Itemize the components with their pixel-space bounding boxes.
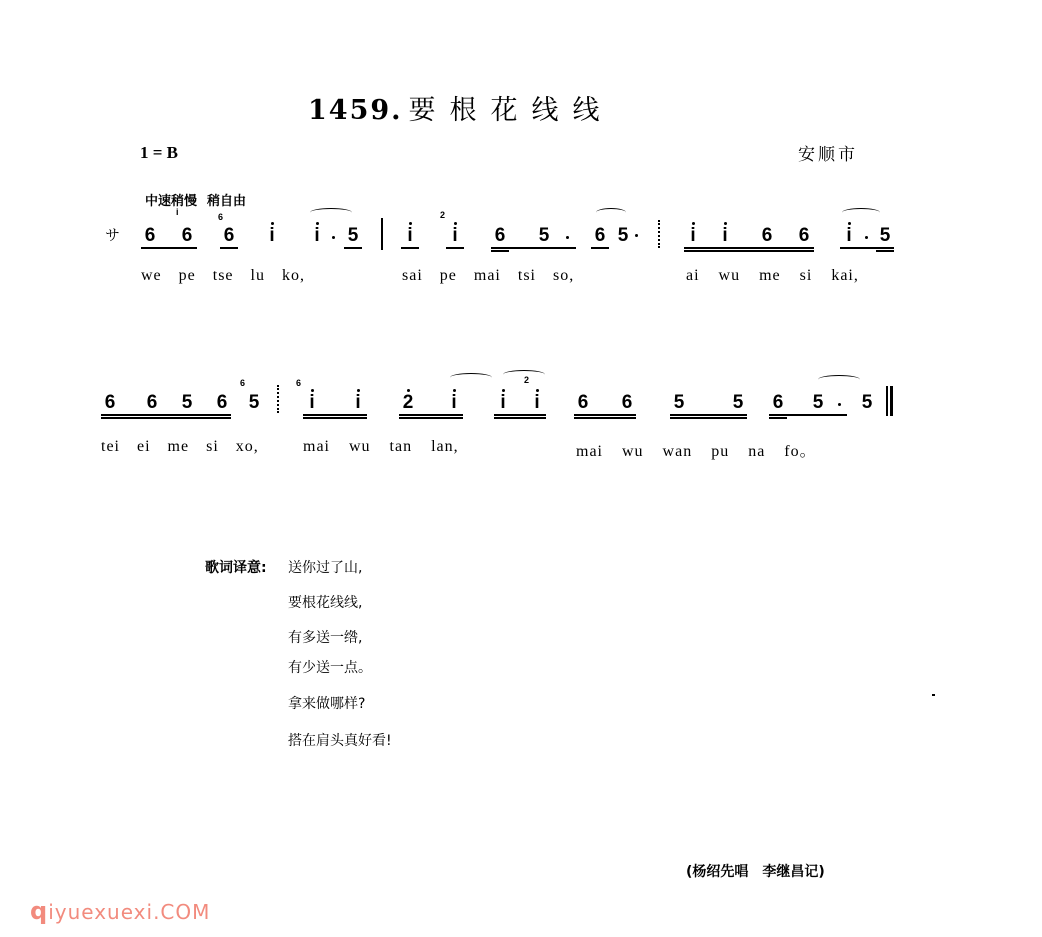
origin-place: 安顺市 (798, 140, 858, 165)
repeat-sign (658, 220, 662, 248)
note: 5 (860, 393, 874, 413)
lyrics-line-2a: tei ei me si xo, (101, 438, 259, 456)
note: 5 (811, 393, 825, 413)
underline (491, 250, 509, 252)
note: i (305, 393, 319, 413)
note: 6 (222, 226, 236, 246)
note: 6 (771, 393, 785, 413)
translation-line: 搭在肩头真好看! (288, 730, 392, 750)
song-number: 1459. (308, 95, 403, 126)
barline (381, 218, 383, 250)
augmentation-dot (838, 403, 841, 406)
note: 5 (346, 226, 360, 246)
underline (303, 417, 367, 419)
underline (494, 414, 546, 416)
note: i (447, 393, 461, 413)
note: 5 (878, 226, 892, 246)
site-watermark: qiyuexuexi.COM (30, 897, 210, 925)
underline (141, 247, 197, 249)
slur (818, 375, 860, 384)
underline (769, 417, 787, 419)
augmentation-dot (635, 234, 638, 237)
translation-label: 歌词译意: (205, 557, 267, 577)
note: i (686, 226, 700, 246)
note: i (265, 226, 279, 246)
underline (684, 247, 814, 249)
underline (769, 414, 847, 416)
note: i (448, 226, 462, 246)
grace-note: i (176, 207, 179, 217)
note: 6 (180, 226, 194, 246)
slur (310, 208, 352, 217)
note: 5 (731, 393, 745, 413)
note: i (530, 393, 544, 413)
translation-line: 拿来做哪样? (288, 693, 365, 713)
note: 6 (493, 226, 507, 246)
final-barline-thin (886, 386, 888, 416)
underline (101, 417, 231, 419)
key-signature: 1 = B (140, 143, 178, 163)
grace-note: 6 (218, 212, 223, 222)
underline (876, 250, 894, 252)
underline (401, 247, 419, 249)
note: 5 (672, 393, 686, 413)
translation-line: 有多送一绺, (288, 627, 362, 647)
note: i (310, 226, 324, 246)
note: 6 (593, 226, 607, 246)
song-name: 要根花线线 (409, 95, 614, 126)
repeat-sign (277, 385, 281, 413)
underline (344, 247, 362, 249)
lyrics-line-1a: we pe tse lu ko, (141, 267, 305, 285)
lyrics-line-2c: mai wu wan pu na fo。 (576, 438, 817, 461)
underline (399, 414, 463, 416)
free-meter-symbol: サ (105, 224, 120, 245)
underline (494, 417, 546, 419)
note: 2 (401, 393, 415, 413)
scan-speck (932, 694, 935, 696)
note: 6 (103, 393, 117, 413)
translation-line: 要根花线线, (288, 592, 362, 612)
underline (670, 414, 747, 416)
grace-note: 2 (524, 375, 529, 385)
note: 6 (145, 393, 159, 413)
note: 6 (620, 393, 634, 413)
lyrics-line-1c: ai wu me si kai, (686, 267, 859, 285)
underline (446, 247, 464, 249)
lyrics-line-2b: mai wu tan lan, (303, 438, 459, 456)
underline (574, 414, 636, 416)
underline (101, 414, 231, 416)
song-title: 1459.要根花线线 (308, 88, 614, 127)
underline (591, 247, 609, 249)
note: i (403, 226, 417, 246)
note: i (496, 393, 510, 413)
underline (574, 417, 636, 419)
note: i (842, 226, 856, 246)
underline (220, 247, 238, 249)
note: 6 (760, 226, 774, 246)
grace-note: 6 (240, 378, 245, 388)
note: 6 (797, 226, 811, 246)
augmentation-dot (865, 236, 868, 239)
slur (842, 208, 880, 217)
underline (399, 417, 463, 419)
underline (670, 417, 747, 419)
translation-line: 有少送一点。 (288, 657, 372, 677)
underline (303, 414, 367, 416)
note: 6 (143, 226, 157, 246)
grace-note: 6 (296, 378, 301, 388)
augmentation-dot (566, 236, 569, 239)
performer-credit: (杨绍先唱 李继昌记) (686, 861, 825, 881)
note: i (718, 226, 732, 246)
final-barline-thick (890, 386, 893, 416)
note: 5 (247, 393, 261, 413)
underline (491, 247, 576, 249)
note: 5 (537, 226, 551, 246)
underline (840, 247, 894, 249)
translation-line: 送你过了山, (288, 557, 362, 577)
tempo-marking: 中速稍慢稍自由 (145, 190, 246, 209)
slur (596, 208, 626, 217)
slur (450, 373, 492, 382)
grace-note: 2 (440, 210, 445, 220)
underline (684, 250, 814, 252)
lyrics-line-1b: sai pe mai tsi so, (402, 267, 574, 285)
note: 5 (616, 226, 630, 246)
note: 6 (576, 393, 590, 413)
note: 6 (215, 393, 229, 413)
note: i (351, 393, 365, 413)
augmentation-dot (332, 236, 335, 239)
note: 5 (180, 393, 194, 413)
